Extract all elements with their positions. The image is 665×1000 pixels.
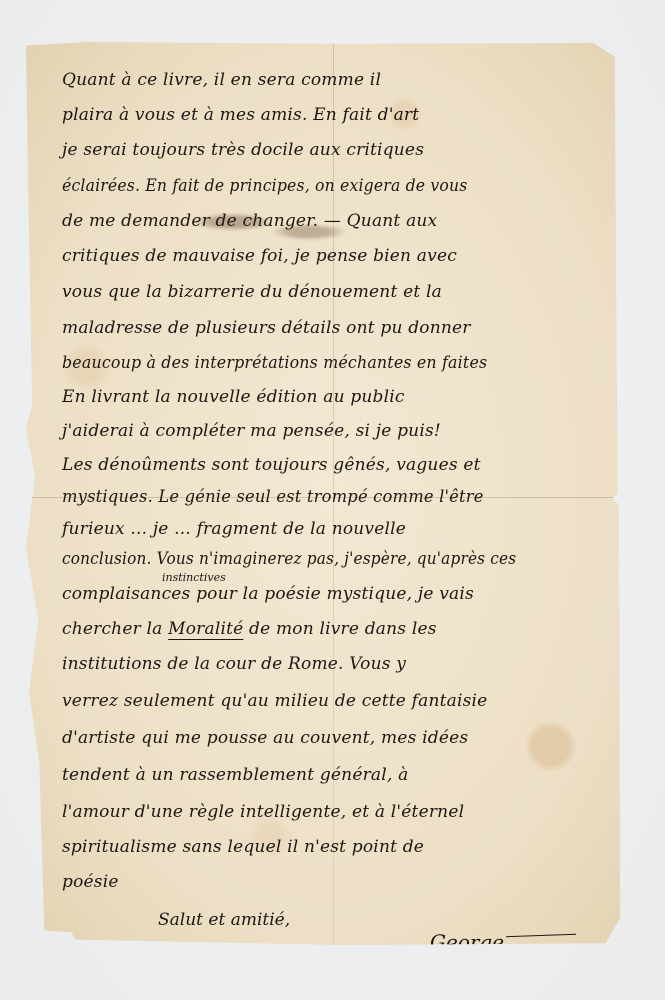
letter-line: je serai toujours très docile aux critiq… xyxy=(62,140,424,160)
letter-line: plaira à vous et à mes amis. En fait d'a… xyxy=(62,105,419,125)
signature-flourish xyxy=(506,934,576,937)
letter-line: Quant à ce livre, il en sera comme il xyxy=(62,70,381,90)
letter-line: l'amour d'une règle intelligente, et à l… xyxy=(62,802,464,822)
letter-line: furieux ... je ... fragment de la nouvel… xyxy=(62,519,406,539)
letter-line: mystiques. Le génie seul est trompé comm… xyxy=(62,487,484,507)
letter-closing: Salut et amitié, xyxy=(158,910,290,930)
letter-line: d'artiste qui me pousse au couvent, mes … xyxy=(62,728,468,748)
letter-line: tendent à un rassemblement général, à xyxy=(62,765,408,785)
letter-line: j'aiderai à compléter ma pensée, si je p… xyxy=(62,421,441,441)
letter-line: chercher la Moralité de mon livre dans l… xyxy=(62,619,437,639)
letter-line: complaisances pour la poésie mystique, j… xyxy=(62,584,474,604)
letter-paper: Quant à ce livre, il en sera comme il pl… xyxy=(26,42,636,945)
letter-line: institutions de la cour de Rome. Vous y xyxy=(62,654,406,674)
letter-line: verrez seulement qu'au milieu de cette f… xyxy=(62,691,487,711)
underlined-word: Moralité xyxy=(168,619,243,639)
letter-line: conclusion. Vous n'imaginerez pas, j'esp… xyxy=(62,549,516,569)
letter-line: En livrant la nouvelle édition au public xyxy=(62,387,405,407)
inserted-word: instinctives xyxy=(162,571,226,584)
letter-line: critiques de mauvaise foi, je pense bien… xyxy=(62,246,457,266)
letter-line: éclairées. En fait de principes, on exig… xyxy=(62,176,467,196)
letter-line: maladresse de plusieurs détails ont pu d… xyxy=(62,318,471,338)
letter-line: beaucoup à des interprétations méchantes… xyxy=(62,353,487,373)
letter-text: chercher la xyxy=(62,619,163,639)
letter-line: de me demander de changer. — Quant aux xyxy=(62,211,437,231)
letter-line: vous que la bizarrerie du dénouement et … xyxy=(62,282,442,302)
letter-line: spiritualisme sans lequel il n'est point… xyxy=(62,837,424,857)
letter-text: de mon livre dans les xyxy=(249,619,437,639)
letter-line: poésie xyxy=(62,872,119,892)
letter-line: Les dénoûments sont toujours gênés, vagu… xyxy=(62,455,481,475)
